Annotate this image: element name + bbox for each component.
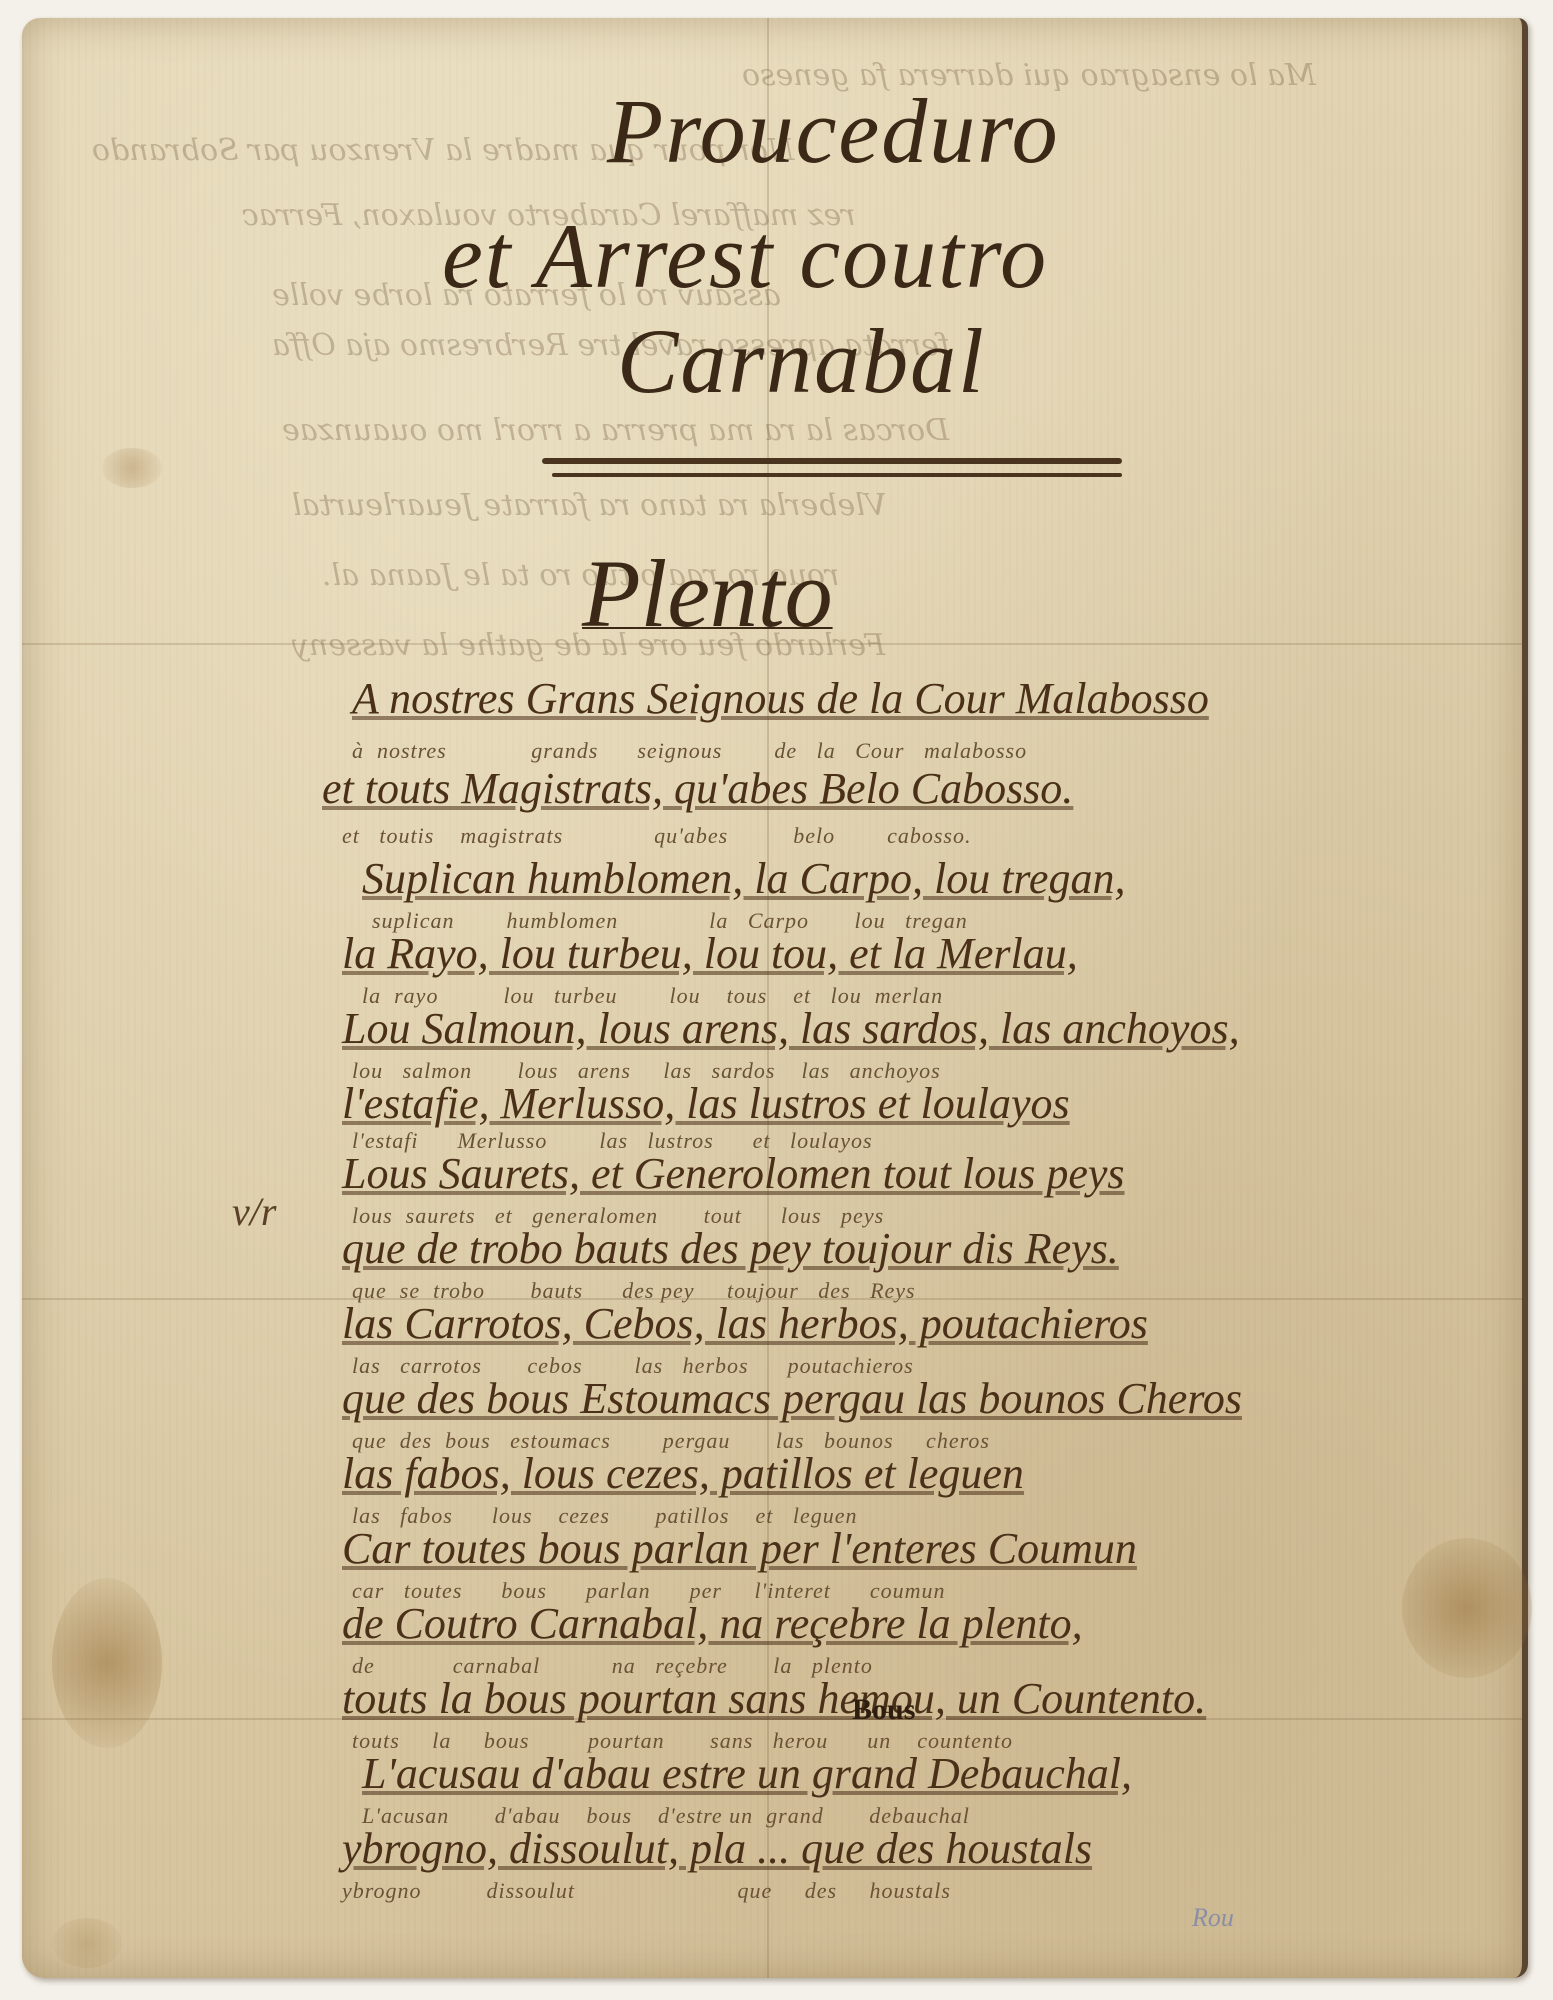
text-line: ybrogno, dissoulut, pla ... que des hous… (342, 1823, 1092, 1874)
text-line: Lou Salmoun, lous arens, las sardos, las… (342, 1003, 1240, 1054)
manuscript-page: Ma lo ensagrao qui darrera fa geneso Nor… (22, 18, 1528, 1978)
title-line-3: Carnabal (617, 308, 986, 414)
ink-stain (52, 1578, 162, 1748)
title-rule (552, 473, 1122, 477)
text-line: Lous Saurets, et Generolomen tout lous p… (342, 1148, 1125, 1199)
gloss-line: ybrogno dissoulut que des houstals (342, 1878, 951, 1904)
margin-mark: v/r (232, 1188, 276, 1235)
text-line: touts la bous pourtan sans hemou, un Cou… (342, 1673, 1206, 1724)
text-line: et touts Magistrats, qu'abes Belo Caboss… (322, 763, 1073, 814)
text-line: l'estafie, Merlusso, las lustros et loul… (342, 1078, 1070, 1129)
ink-stain (1402, 1538, 1532, 1678)
title-line-2: et Arrest coutro (442, 203, 1048, 309)
gloss-line: à nostres grands seignous de la Cour mal… (352, 738, 1027, 764)
text-line: Suplican humblomen, la Carpo, lou tregan… (362, 853, 1125, 904)
text-line: A nostres Grans Seignous de la Cour Mala… (352, 673, 1209, 724)
pencil-annotation: Rou (1192, 1903, 1234, 1933)
text-line: las Carrotos, Cebos, las herbos, poutach… (342, 1298, 1148, 1349)
bleed-line: Dorcas la ra ma prerra a rrorl mo ouaunz… (282, 413, 949, 448)
bleed-line: Vleberla ra tano ra farrate Jeuarleurtal (292, 488, 887, 523)
text-line: de Coutro Carnabal, na reçebre la plento… (342, 1598, 1083, 1649)
text-line: la Rayo, lou turbeu, lou tou, et la Merl… (342, 928, 1078, 979)
gloss-line: et toutis magistrats qu'abes belo caboss… (342, 823, 971, 849)
text-line: las fabos, lous cezes, patillos et legue… (342, 1448, 1024, 1499)
text-line: que des bous Estoumacs pergau las bounos… (342, 1373, 1242, 1424)
text-line: que de trobo bauts des pey toujour dis R… (342, 1223, 1119, 1274)
text-line: Car toutes bous parlan per l'enteres Cou… (342, 1523, 1137, 1574)
ink-stain (52, 1918, 122, 1968)
title-rule (542, 458, 1122, 464)
ink-stain (102, 448, 162, 488)
inserted-correction: Bous (852, 1693, 915, 1727)
section-heading: Plento (582, 538, 833, 649)
text-line: L'acusau d'abau estre un grand Debauchal… (362, 1748, 1132, 1799)
title-line-1: Prouceduro (607, 78, 1060, 184)
